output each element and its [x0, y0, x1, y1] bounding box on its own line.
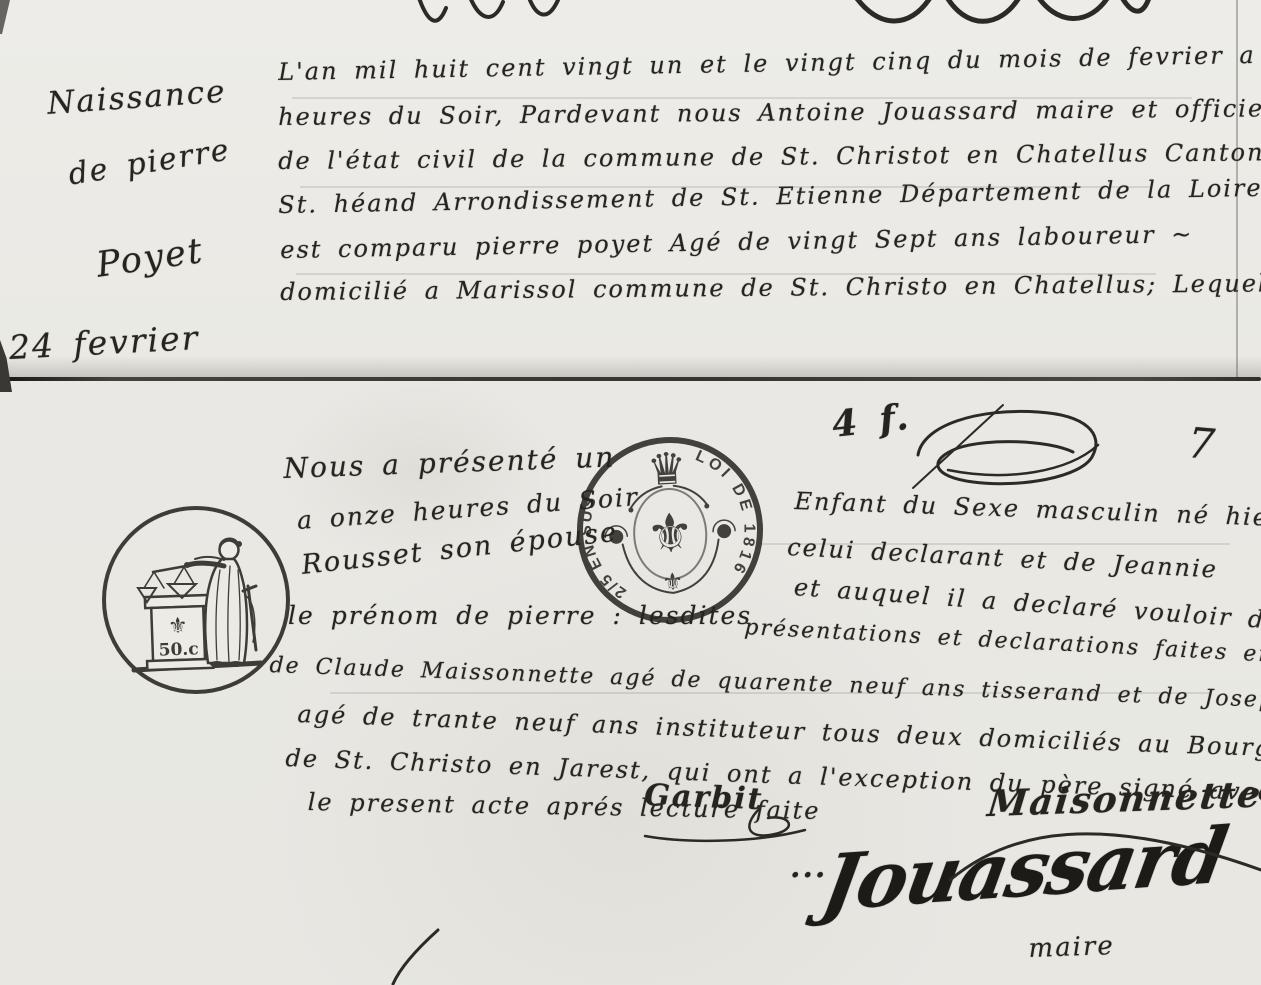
- mayor-signature-flourish: [950, 818, 1261, 898]
- fold-shadow: [0, 356, 1261, 377]
- pedestal-fleur-icon: ⚜: [168, 614, 189, 640]
- document-scan: Naissance de pierre Poyet 24 fevrier L'a…: [0, 0, 1261, 985]
- signature-lead-dots: ...: [790, 850, 827, 885]
- presentation-line: le prénom de pierre : lesdites: [288, 601, 752, 630]
- garbit-paraph: [640, 806, 810, 846]
- fold-line: [0, 377, 1261, 381]
- presentation-line: Nous a présenté un: [283, 440, 616, 485]
- cutoff-signature-fragment: [408, 0, 578, 30]
- paraph-scribble: [888, 400, 1128, 500]
- fleur-de-lis-icon: ⚜: [644, 501, 696, 566]
- mayor-title: maire: [1028, 931, 1115, 964]
- presentation-line: celui declarant et de Jeannie: [787, 533, 1219, 584]
- revenue-stamp-justice-icon: ⚜ 50.c: [96, 500, 296, 700]
- stray-pen-stroke: [388, 928, 448, 985]
- folio-number: 7: [1186, 418, 1219, 469]
- cutoff-signature-fragment: [850, 0, 1150, 26]
- stamp-value: 50.c: [158, 639, 199, 660]
